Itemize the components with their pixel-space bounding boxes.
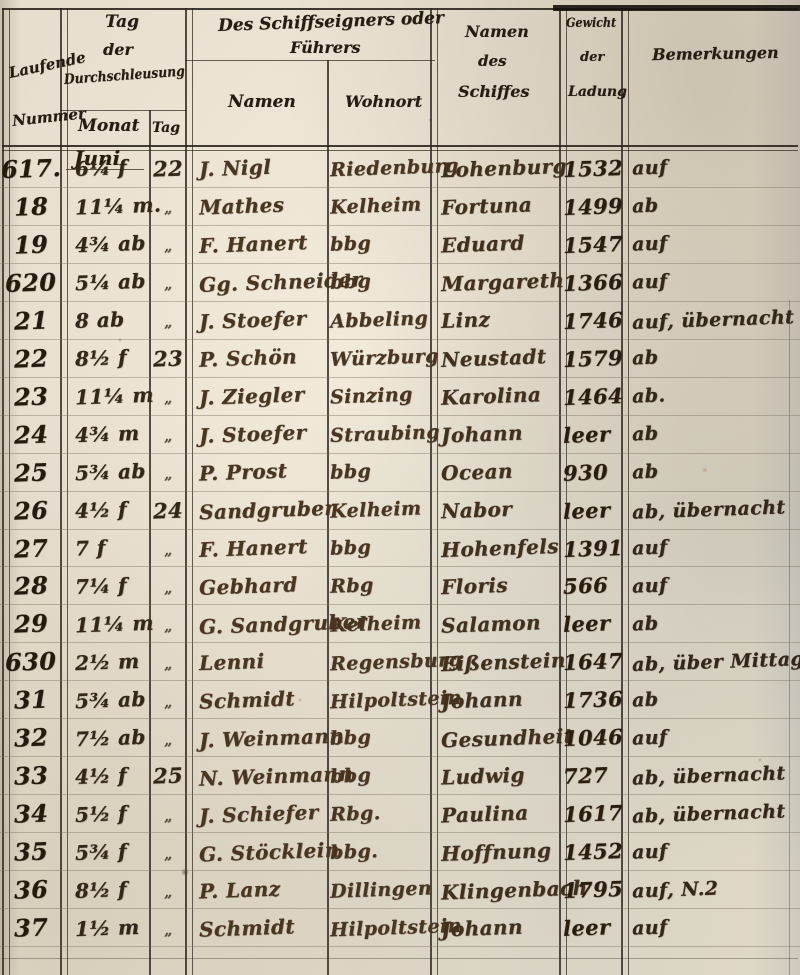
- header-ship-des: des: [478, 52, 506, 70]
- cell-time: 1½ m: [62, 916, 150, 940]
- cell-day: „: [150, 270, 187, 294]
- cell-day: 25: [150, 763, 187, 788]
- cell-ship: Karolina: [433, 384, 562, 408]
- cell-residence: Würzburg: [328, 347, 433, 369]
- cell-nr: 26: [0, 496, 62, 525]
- header-gewicht: Gewicht: [566, 16, 616, 31]
- header-ship-namen: Namen: [465, 22, 529, 41]
- cell-name: J. Stoefer: [187, 422, 328, 446]
- cell-time: 7 f: [62, 536, 150, 560]
- table-row: 1811¼ m.„MathesKelheimFortuna1499ab: [0, 188, 800, 226]
- cell-remark: ab, übernacht: [623, 499, 800, 521]
- cell-time: 8½ f: [62, 878, 150, 902]
- table-row: 6205¼ ab„Gg. SchneiderbbgMargareth1366au…: [0, 264, 800, 302]
- cell-nr: 25: [0, 458, 62, 487]
- cell-day: „: [150, 878, 187, 902]
- cell-ship: Johann: [433, 688, 562, 712]
- cell-remark: auf, N.2: [623, 879, 800, 901]
- cell-time: 11¼ m.: [62, 194, 150, 218]
- header-nummer: Nummer: [11, 104, 86, 130]
- header-ladung: Ladung: [568, 84, 627, 100]
- cell-nr: 32: [0, 723, 62, 752]
- cell-weight: leer: [562, 498, 623, 523]
- cell-nr: 27: [0, 534, 62, 563]
- cell-nr: 34: [0, 799, 62, 828]
- cell-time: 2½ m: [62, 650, 150, 674]
- cell-remark: ab, übernacht: [623, 765, 800, 787]
- cell-nr: 19: [0, 230, 62, 259]
- cell-day: „: [150, 574, 187, 598]
- cell-day: „: [150, 460, 187, 484]
- cell-weight: 1532: [562, 156, 623, 181]
- cell-residence: Dillingen: [328, 879, 433, 901]
- cell-ship: Klingenbach: [433, 878, 562, 902]
- cell-weight: 1617: [562, 801, 623, 826]
- table-row: 277 f„F. HanertbbgHohenfels1391auf: [0, 530, 800, 568]
- cell-day: „: [150, 422, 187, 446]
- cell-nr: 28: [0, 571, 62, 600]
- cell-weight: 1579: [562, 346, 623, 371]
- cell-residence: bbg: [328, 765, 433, 787]
- header-fuehrers: Führers: [290, 38, 360, 57]
- header-tag-sub: Tag: [152, 120, 180, 136]
- cell-time: 4¾ m: [62, 422, 150, 446]
- cell-weight: 727: [562, 763, 623, 788]
- cell-residence: Straubing: [328, 423, 433, 445]
- cell-remark: auf: [623, 271, 800, 293]
- cell-ship: Hoffnung: [433, 840, 562, 864]
- cell-day: „: [150, 384, 187, 408]
- cell-remark: auf: [623, 917, 800, 939]
- header-ship-schiffes: Schiffes: [458, 82, 529, 101]
- cell-name: P. Schön: [187, 346, 328, 370]
- header-ladung-der: der: [580, 50, 604, 65]
- ledger-page: Laufende Nummer Tag der Durchschleusung …: [0, 0, 800, 975]
- cell-ship: Ludwig: [433, 764, 562, 788]
- cell-weight: 1499: [562, 194, 623, 219]
- table-row: 315¾ ab„SchmidtHilpoltsteinJohann1736ab: [0, 681, 800, 719]
- cell-day: „: [150, 308, 187, 332]
- cell-time: 7½ ab: [62, 726, 150, 750]
- cell-name: Gebhard: [187, 574, 328, 598]
- cell-name: Schmidt: [187, 916, 328, 940]
- cell-nr: 29: [0, 609, 62, 638]
- cell-residence: Hilpoltstein: [328, 689, 433, 711]
- cell-name: P. Lanz: [187, 878, 328, 902]
- cell-name: J. Schiefer: [187, 802, 328, 826]
- cell-time: 4½ f: [62, 764, 150, 788]
- table-row: 287¼ f„GebhardRbgFloris566auf: [0, 567, 800, 605]
- table-row: 244¾ m„J. StoeferStraubingJohannleerab: [0, 416, 800, 454]
- cell-name: J. Weinmann: [187, 726, 328, 750]
- cell-day: „: [150, 232, 187, 256]
- cell-time: 5½ f: [62, 802, 150, 826]
- cell-residence: bbg: [328, 233, 433, 255]
- cell-nr: 18: [0, 192, 62, 221]
- cell-remark: ab: [623, 613, 800, 635]
- cell-weight: 566: [562, 573, 623, 598]
- cell-weight: 1746: [562, 308, 623, 333]
- table-row: 355¾ f„G. Stöckleinbbg.Hoffnung1452auf: [0, 833, 800, 871]
- header-namen: Namen: [228, 92, 296, 112]
- cell-name: Sandgruber: [187, 498, 328, 522]
- cell-remark: ab: [623, 195, 800, 217]
- cell-day: „: [150, 916, 187, 940]
- cell-nr: 24: [0, 420, 62, 449]
- cell-time: 4¾ ab: [62, 232, 150, 256]
- cell-day: „: [150, 688, 187, 712]
- cell-day: „: [150, 650, 187, 674]
- cell-nr: 31: [0, 685, 62, 714]
- cell-residence: Hilpoltstein: [328, 917, 433, 939]
- cell-time: 5¾ ab: [62, 688, 150, 712]
- cell-remark: auf: [623, 157, 800, 179]
- cell-weight: 1046: [562, 725, 623, 750]
- cell-ship: Ocean: [433, 460, 562, 484]
- cell-residence: bbg.: [328, 841, 433, 863]
- cell-nr: 22: [0, 344, 62, 373]
- header-monat: Monat: [78, 116, 139, 136]
- table-row: 368½ f„P. LanzDillingenKlingenbach1795au…: [0, 871, 800, 909]
- cell-ship: Floris: [433, 574, 562, 598]
- cell-remark: ab: [623, 423, 800, 445]
- cell-residence: Regensburg: [328, 651, 433, 673]
- cell-nr: 35: [0, 837, 62, 866]
- cell-remark: auf: [623, 537, 800, 559]
- cell-time: 8½ f: [62, 346, 150, 370]
- cell-ship: Eduard: [433, 232, 562, 256]
- header-bottom-line: [2, 145, 798, 147]
- cell-ship: Lohenburg: [433, 156, 562, 180]
- cell-weight: 1647: [562, 649, 623, 674]
- header-bemerkungen: Bemerkungen: [652, 43, 779, 64]
- cell-day: „: [150, 840, 187, 864]
- table-row: 617.6¼ f22J. NiglRiedenburgLohenburg1532…: [0, 150, 800, 188]
- cell-remark: ab.: [623, 385, 800, 407]
- cell-day: „: [150, 536, 187, 560]
- cell-ship: Neustadt: [433, 346, 562, 370]
- cell-name: P. Prost: [187, 460, 328, 484]
- cell-name: Mathes: [187, 194, 328, 218]
- cell-residence: bbg: [328, 727, 433, 749]
- header-durchschleusung: Durchschleusung: [63, 64, 185, 88]
- cell-remark: auf: [623, 841, 800, 863]
- cell-residence: Kelheim: [328, 499, 433, 521]
- table-row: 2311¼ m„J. ZieglerSinzingKarolina1464ab.: [0, 378, 800, 416]
- table-row: 218 ab„J. StoeferAbbelingLinz1746auf, üb…: [0, 302, 800, 340]
- cell-name: F. Hanert: [187, 536, 328, 560]
- header-tag: Tag: [105, 12, 139, 32]
- cell-name: G. Stöcklein: [187, 840, 328, 864]
- cell-ship: Nabor: [433, 498, 562, 522]
- owner-subheader-divider: [185, 60, 435, 61]
- cell-remark: ab: [623, 689, 800, 711]
- table-row: 2911¼ m„G. SandgruberKelheimSalamonleera…: [0, 605, 800, 643]
- cell-remark: ab, übernacht: [623, 803, 800, 825]
- table-row: 264½ f24SandgruberKelheimNaborleerab, üb…: [0, 492, 800, 530]
- cell-residence: Riedenburg: [328, 157, 433, 179]
- cell-name: J. Stoefer: [187, 308, 328, 332]
- header-wohnort: Wohnort: [345, 92, 422, 111]
- cell-remark: ab, über Mittag: [623, 651, 800, 673]
- cell-weight: 1366: [562, 270, 623, 295]
- cell-residence: bbg: [328, 271, 433, 293]
- cell-residence: bbg: [328, 537, 433, 559]
- cell-ship: Johann: [433, 916, 562, 940]
- bottom-ruling-line: [2, 958, 798, 959]
- table-row: 371½ m„SchmidtHilpoltsteinJohannleerauf: [0, 909, 800, 947]
- cell-remark: auf: [623, 233, 800, 255]
- cell-weight: 930: [562, 460, 623, 485]
- cell-ship: Margareth: [433, 270, 562, 294]
- cell-time: 5¼ ab: [62, 270, 150, 294]
- cell-name: Gg. Schneider: [187, 270, 328, 294]
- cell-time: 11¼ m: [62, 612, 150, 636]
- cell-day: 24: [150, 498, 187, 523]
- cell-nr: 36: [0, 875, 62, 904]
- cell-residence: Kelheim: [328, 613, 433, 635]
- table-row: 327½ ab„J. WeinmannbbgGesundheit1046auf: [0, 719, 800, 757]
- cell-nr: 37: [0, 913, 62, 942]
- cell-remark: auf: [623, 575, 800, 597]
- cell-weight: 1547: [562, 232, 623, 257]
- cell-nr: 617.: [0, 154, 62, 183]
- cell-time: 6¼ f: [62, 156, 150, 180]
- cell-residence: Sinzing: [328, 385, 433, 407]
- cell-name: N. Weinmann: [187, 764, 328, 788]
- cell-ship: Gesundheit: [433, 726, 562, 750]
- table-border-top-thick: [553, 5, 800, 11]
- cell-name: J. Ziegler: [187, 384, 328, 408]
- cell-weight: 1391: [562, 536, 623, 561]
- cell-ship: Salamon: [433, 612, 562, 636]
- cell-ship: Hohenfels: [433, 536, 562, 560]
- cell-residence: Rbg.: [328, 803, 433, 825]
- cell-remark: ab: [623, 461, 800, 483]
- cell-weight: 1795: [562, 877, 623, 902]
- cell-day: „: [150, 802, 187, 826]
- header-der: der: [103, 40, 133, 59]
- cell-ship: Eißenstein: [433, 650, 562, 674]
- cell-name: G. Sandgruber: [187, 612, 328, 636]
- cell-day: 22: [150, 156, 187, 181]
- cell-residence: Rbg: [328, 575, 433, 597]
- cell-remark: auf: [623, 727, 800, 749]
- cell-ship: Johann: [433, 422, 562, 446]
- cell-weight: leer: [562, 915, 623, 940]
- table-row: 255¾ ab„P. ProstbbgOcean930ab: [0, 454, 800, 492]
- cell-nr: 21: [0, 306, 62, 335]
- cell-ship: Fortuna: [433, 194, 562, 218]
- table-row: 334½ f25N. WeinmannbbgLudwig727ab, übern…: [0, 757, 800, 795]
- table-row: 6302½ m„LenniRegensburgEißenstein1647ab,…: [0, 643, 800, 681]
- header-schiffseigner: Des Schiffseigners oder: [218, 8, 444, 36]
- cell-remark: auf, übernacht: [623, 309, 800, 331]
- cell-remark: ab: [623, 347, 800, 369]
- cell-time: 5¾ ab: [62, 460, 150, 484]
- cell-name: J. Nigl: [187, 156, 328, 180]
- cell-nr: 620: [0, 268, 62, 297]
- cell-time: 5¾ f: [62, 840, 150, 864]
- cell-weight: leer: [562, 611, 623, 636]
- table-row: 228½ f23P. SchönWürzburgNeustadt1579ab: [0, 340, 800, 378]
- cell-weight: 1452: [562, 839, 623, 864]
- rows: 617.6¼ f22J. NiglRiedenburgLohenburg1532…: [0, 150, 800, 947]
- cell-residence: bbg: [328, 461, 433, 483]
- cell-weight: 1464: [562, 384, 623, 409]
- cell-residence: Kelheim: [328, 195, 433, 217]
- cell-day: „: [150, 612, 187, 636]
- cell-nr: 33: [0, 761, 62, 790]
- table-row: 194¾ ab„F. HanertbbgEduard1547auf: [0, 226, 800, 264]
- cell-name: Schmidt: [187, 688, 328, 712]
- cell-day: 23: [150, 346, 187, 371]
- cell-time: 8 ab: [62, 308, 150, 332]
- cell-nr: 630: [0, 647, 62, 676]
- cell-time: 7¼ f: [62, 574, 150, 598]
- cell-day: „: [150, 726, 187, 750]
- cell-name: Lenni: [187, 650, 328, 674]
- cell-time: 11¼ m: [62, 384, 150, 408]
- cell-weight: 1736: [562, 687, 623, 712]
- cell-weight: leer: [562, 422, 623, 447]
- cell-residence: Abbeling: [328, 309, 433, 331]
- cell-time: 4½ f: [62, 498, 150, 522]
- cell-name: F. Hanert: [187, 232, 328, 256]
- table-row: 345½ f„J. SchieferRbg.Paulina1617ab, übe…: [0, 795, 800, 833]
- cell-ship: Linz: [433, 308, 562, 332]
- cell-ship: Paulina: [433, 802, 562, 826]
- cell-nr: 23: [0, 382, 62, 411]
